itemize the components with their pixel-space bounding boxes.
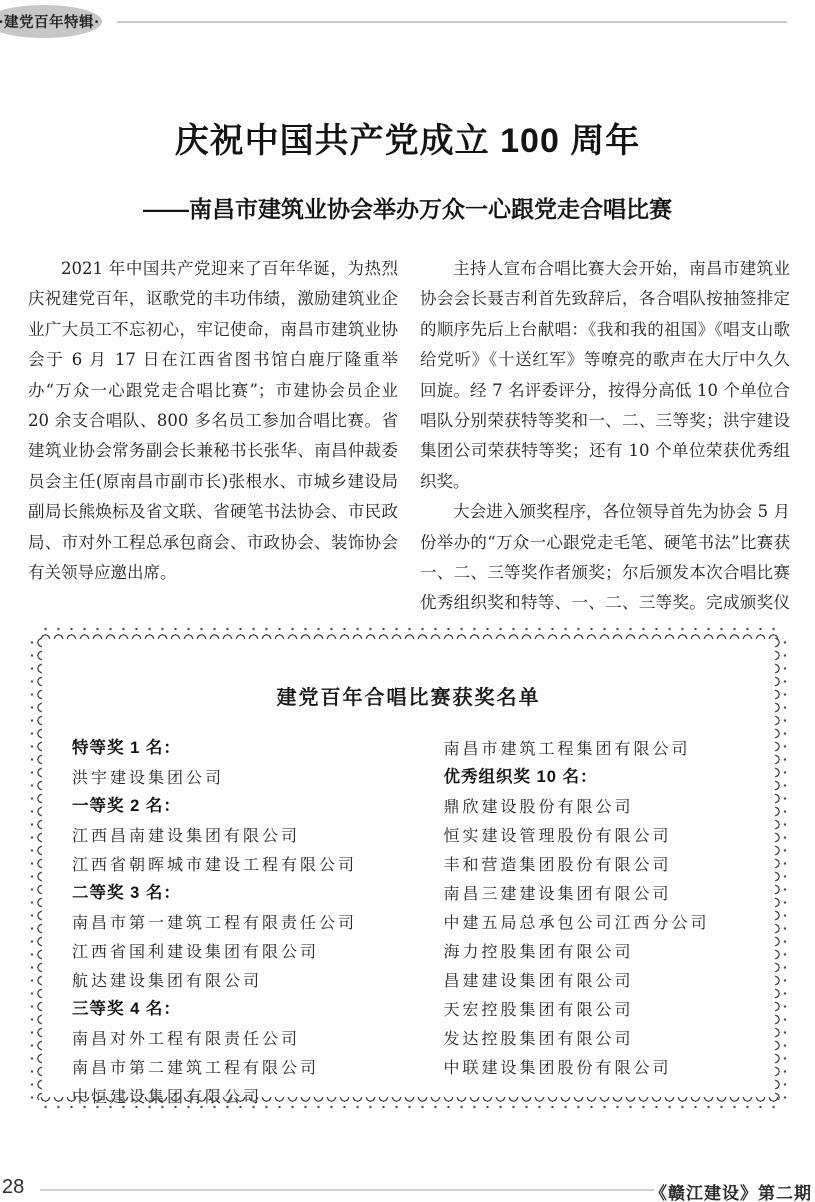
award-box-title: 建党百年合唱比赛获奖名单 [30,627,787,710]
article-title: 庆祝中国共产党成立 100 周年 [0,113,815,162]
award-column-left: 特等奖 1 名：洪宇建设集团公司一等奖 2 名：江西昌南建设集团有限公司江西省朝… [30,734,416,1111]
award-list-item: 中建五局总承包公司江西分公司 [444,908,788,937]
award-list-item: 南昌对外工程有限责任公司 [72,1024,416,1053]
award-list-item: 二等奖 3 名： [72,879,416,908]
award-column-right: 南昌市建筑工程集团有限公司优秀组织奖 10 名：鼎欣建设股份有限公司恒实建设管理… [416,734,788,1111]
award-list-item: 优秀组织奖 10 名： [444,763,788,792]
lace-border-right [775,636,787,1100]
lace-border-bottom [39,1097,778,1109]
journal-title: 《赣江建设》第二期 [650,1179,812,1202]
lace-border-top [39,627,778,639]
special-issue-tag: ·建党百年特辑· [0,5,102,38]
award-list-item: 海力控股集团有限公司 [444,937,788,966]
article-paragraph: 主持人宣布合唱比赛大会开始，南昌市建筑业协会会长聂吉利首先致辞后，各合唱队按抽签… [420,254,790,497]
award-list-item: 发达控股集团有限公司 [444,1024,788,1053]
award-list-item: 江西省朝晖城市建设工程有限公司 [72,850,416,879]
award-list-item: 江西省国利建设集团有限公司 [72,937,416,966]
magazine-page: ·建党百年特辑· 庆祝中国共产党成立 100 周年 ——南昌市建筑业协会举办万众… [0,0,815,1202]
award-list-item: 三等奖 4 名： [72,995,416,1024]
award-list-item: 特等奖 1 名： [72,734,416,763]
award-list-item: 一等奖 2 名： [72,792,416,821]
award-list-item: 航达建设集团有限公司 [72,966,416,995]
lace-border-left [30,636,42,1100]
award-list-item: 洪宇建设集团公司 [72,763,416,792]
special-issue-tag-label: ·建党百年特辑· [0,11,100,32]
award-list-item: 恒实建设管理股份有限公司 [444,821,788,850]
article-paragraph: 2021 年中国共产党迎来了百年华诞，为热烈庆祝建党百年，讴歌党的丰功伟绩，激励… [28,254,398,588]
award-list-item: 南昌市建筑工程集团有限公司 [444,734,788,763]
article-body: 2021 年中国共产党迎来了百年华诞，为热烈庆祝建党百年，讴歌党的丰功伟绩，激励… [28,254,790,622]
award-list-item: 昌建建设集团有限公司 [444,966,788,995]
footer-rule [40,1189,654,1191]
award-list-item: 南昌市第二建筑工程有限公司 [72,1053,416,1082]
article-subtitle: ——南昌市建筑业协会举办万众一心跟党走合唱比赛 [0,191,815,224]
header-rule [117,21,787,23]
award-list-item: 天宏控股集团有限公司 [444,995,788,1024]
award-list-item: 丰和营造集团股份有限公司 [444,850,788,879]
award-list-item: 南昌三建建设集团有限公司 [444,879,788,908]
award-list-item: 江西昌南建设集团有限公司 [72,821,416,850]
award-list-item: 南昌市第一建筑工程有限责任公司 [72,908,416,937]
page-number: 28 [2,1176,24,1199]
award-columns: 特等奖 1 名：洪宇建设集团公司一等奖 2 名：江西昌南建设集团有限公司江西省朝… [30,734,787,1111]
award-list-item: 中联建设集团股份有限公司 [444,1053,788,1082]
award-list-box: 建党百年合唱比赛获奖名单 特等奖 1 名：洪宇建设集团公司一等奖 2 名：江西昌… [30,627,787,1109]
award-list-item: 鼎欣建设股份有限公司 [444,792,788,821]
